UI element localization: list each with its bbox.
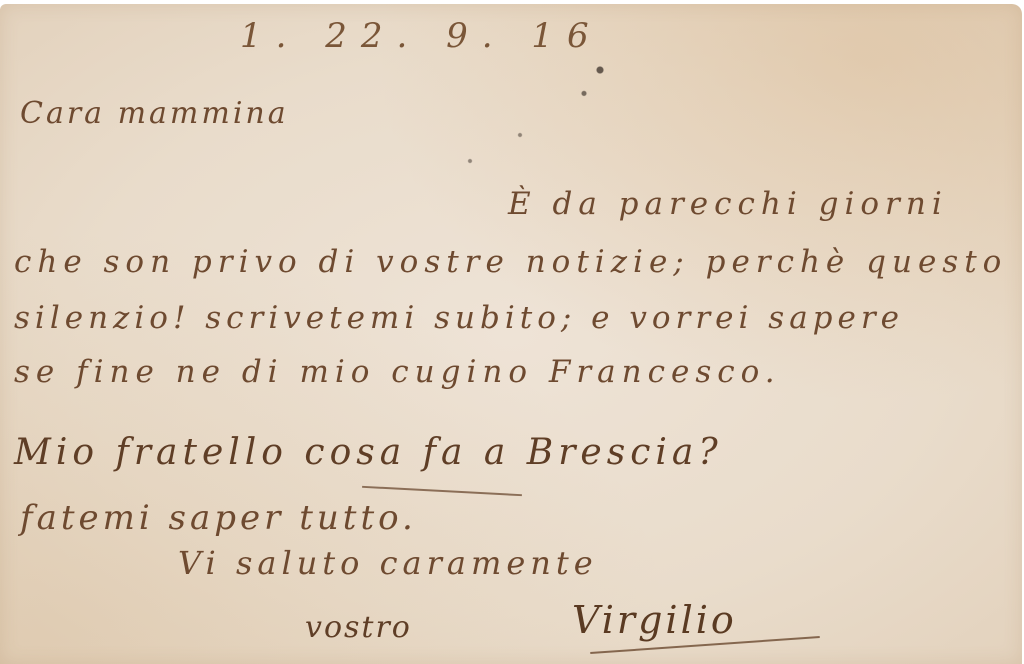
- body-line-1: È da parecchi giorni: [508, 186, 948, 222]
- body-line-4: se fine ne di mio cugino Francesco.: [14, 354, 781, 390]
- letter-date: 1. 22. 9. 16: [240, 16, 603, 56]
- sign-off: vostro: [305, 610, 412, 645]
- body-line-3: silenzio! scrivetemi subito; e vorrei sa…: [14, 300, 904, 336]
- signature: Virgilio: [572, 598, 737, 642]
- body-line-2: che son privo di vostre notizie; perchè …: [14, 244, 1007, 280]
- salutation: Cara mammina: [20, 96, 289, 131]
- postcard: 1. 22. 9. 16 Cara mammina È da parecchi …: [0, 4, 1022, 664]
- closing: Vi saluto caramente: [178, 544, 598, 582]
- body-line-5: Mio fratello cosa fa a Brescia?: [14, 432, 723, 473]
- postmark-smudge: [440, 44, 640, 174]
- pen-stroke: [362, 486, 522, 496]
- body-line-6: fatemi saper tutto.: [20, 498, 417, 538]
